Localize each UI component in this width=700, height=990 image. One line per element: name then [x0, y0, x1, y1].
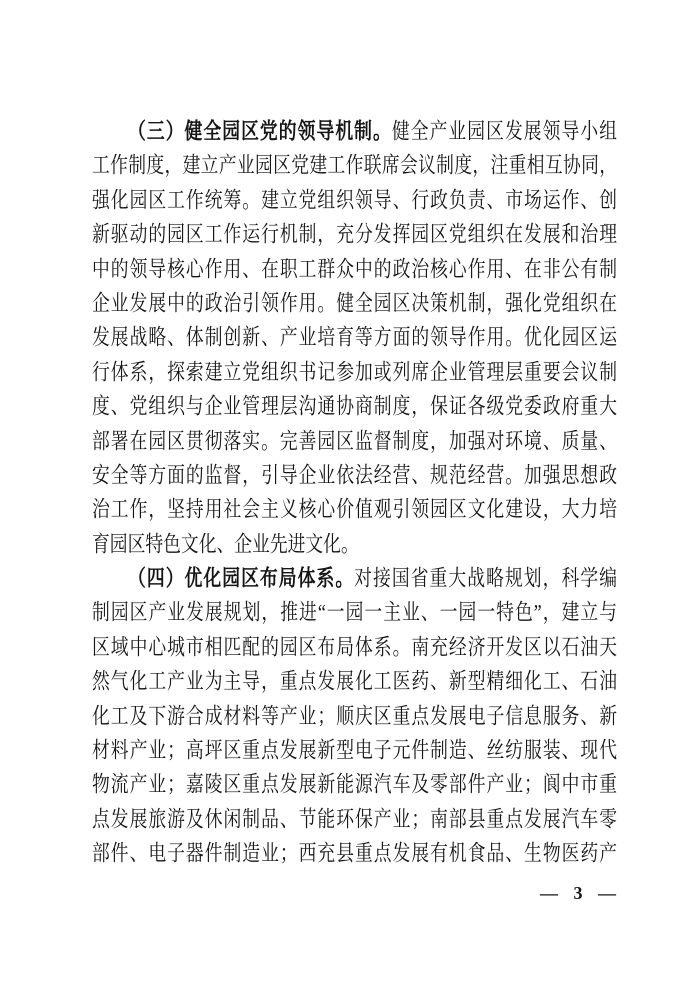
page-number: — 3 — — [92, 881, 617, 905]
body-text: 健全产业园区发展领导小组 — [392, 119, 617, 144]
body-text: 部件、电子器件制造业；西充县重点发展有机食品、生物医药产 — [92, 841, 617, 866]
body-text: 工作制度，建立产业园区党建工作联席会议制度，注重相互协同， — [92, 153, 617, 178]
body-text: 然气化工产业为主导，重点发展化工医药、新型精细化工、石油 — [92, 669, 617, 694]
section-heading: （四）优化园区布局体系。 — [128, 566, 354, 591]
body-text: 点发展旅游及休闲制品、节能环保产业；南部县重点发展汽车零 — [92, 806, 617, 831]
body-text: 企业发展中的政治引领作用。健全园区决策机制，强化党组织在 — [92, 291, 617, 316]
body-text: 化工及下游合成材料等产业；顺庆区重点发展电子信息服务、新 — [92, 703, 617, 728]
body-text: 制园区产业发展规划，推进“一园一主业、一园一特色”，建立与 — [92, 600, 617, 625]
body-text: 部署在园区贯彻落实。完善园区监督制度，加强对环境、质量、 — [92, 428, 617, 453]
body-text: 物流产业；嘉陵区重点发展新能源汽车及零部件产业；阆中市重 — [92, 772, 617, 797]
body-text: 行体系，探索建立党组织书记参加或列席企业管理层重要会议制 — [92, 359, 617, 384]
document-page: （三）健全园区党的领导机制。健全产业园区发展领导小组工作制度，建立产业园区党建工… — [0, 0, 700, 990]
document-body: （三）健全园区党的领导机制。健全产业园区发展领导小组工作制度，建立产业园区党建工… — [92, 114, 617, 871]
body-text: 中的领导核心作用、在职工群众中的政治核心作用、在非公有制 — [92, 256, 617, 281]
body-text: 对接国省重大战略规划，科学编 — [354, 566, 617, 591]
text-line: 部件、电子器件制造业；西充县重点发展有机食品、生物医药产 — [92, 832, 617, 875]
body-text: 发展战略、体制创新、产业培育等方面的领导作用。优化园区运 — [92, 325, 617, 350]
body-text: 度、党组织与企业管理层沟通协商制度，保证各级党委政府重大 — [92, 394, 617, 419]
body-text: 材料产业；高坪区重点发展新型电子元件制造、丝纺服装、现代 — [92, 738, 617, 763]
body-text: 强化园区工作统筹。建立党组织领导、行政负责、市场运作、创 — [92, 187, 617, 212]
section-heading: （三）健全园区党的领导机制。 — [128, 119, 392, 144]
body-text: 育园区特色文化、企业先进文化。 — [92, 531, 359, 556]
body-text: 安全等方面的监督，引导企业依法经营、规范经营。加强思想政 — [92, 462, 617, 487]
body-text: 区域中心城市相匹配的园区布局体系。南充经济开发区以石油天 — [92, 634, 617, 659]
body-text: 新驱动的园区工作运行机制，充分发挥园区党组织在发展和治理 — [92, 222, 617, 247]
body-text: 治工作，坚持用社会主义核心价值观引领园区文化建设，大力培 — [92, 497, 617, 522]
